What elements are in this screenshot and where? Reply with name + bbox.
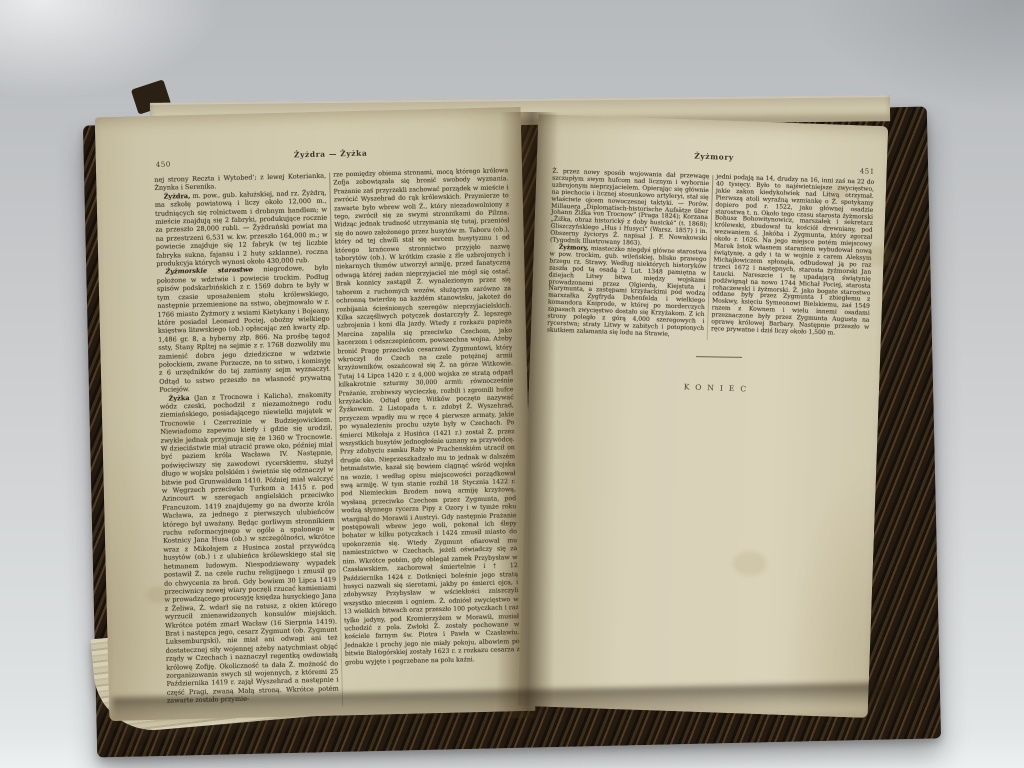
paragraph: jedni podają na 14, drudzy na 16, inni z… <box>711 174 874 338</box>
right-running-title: Żyżmory <box>553 147 875 167</box>
left-page-columns: nej strony Reczta i Wytobed’; z lewej Ko… <box>154 167 521 710</box>
book-gutter-shadow <box>496 112 558 718</box>
photo-background: 450 Żyżdra — Żyżka nej strony Reczta i W… <box>0 0 1024 768</box>
paragraph: Żyżmory, miasteczko niegdyś główne staro… <box>547 245 707 340</box>
left-page-column-2: rze pomiędzy obiema stronami, mocą które… <box>333 167 521 706</box>
end-rule <box>696 356 742 358</box>
paper-stain <box>732 551 767 576</box>
paragraph-text: Ż. przez nowy sposób wojowania dał przew… <box>550 168 710 247</box>
right-page-number: 451 <box>860 167 875 176</box>
right-page: Żyżmory 451 Ż. przez nowy sposób wojowan… <box>518 114 888 718</box>
paragraph-text: jedni podają na 14, drudzy na 16, inni z… <box>711 173 874 336</box>
end-mark-koniec: KONIEC <box>543 377 893 398</box>
paragraph-text: miasteczko niegdyś główne starostwa w po… <box>547 245 707 338</box>
left-running-title: Żyżdra — Żyżka <box>154 145 508 163</box>
paragraph: Ż. przez nowy sposób wojowania dał przew… <box>550 169 710 250</box>
left-page: 450 Żyżdra — Żyżka nej strony Reczta i W… <box>95 107 536 721</box>
paragraph: rze pomiędzy obiema stronami, mocą które… <box>333 167 520 667</box>
right-page-columns: Ż. przez nowy sposób wojowania dał przew… <box>547 169 875 346</box>
paragraph: Żyżdra, m. pow., gub. kałużskiej, nad rz… <box>155 188 329 268</box>
entry-headword: Żyżka <box>168 394 189 403</box>
right-page-column-1: Ż. przez nowy sposób wojowania dał przew… <box>547 169 710 340</box>
right-page-column-2: jedni podają na 14, drudzy na 16, inni z… <box>711 174 875 345</box>
paragraph-text: rze pomiędzy obiema stronami, mocą które… <box>333 167 520 666</box>
paragraph-text: niegrodowe, było położone w wdztwie i po… <box>157 264 332 394</box>
paragraph: Żyżmorskie starostwo niegrodowe, było po… <box>156 264 331 394</box>
paragraph-text: m. pow., gub. kałużskiej, nad rz. Żyżdrą… <box>155 188 328 267</box>
